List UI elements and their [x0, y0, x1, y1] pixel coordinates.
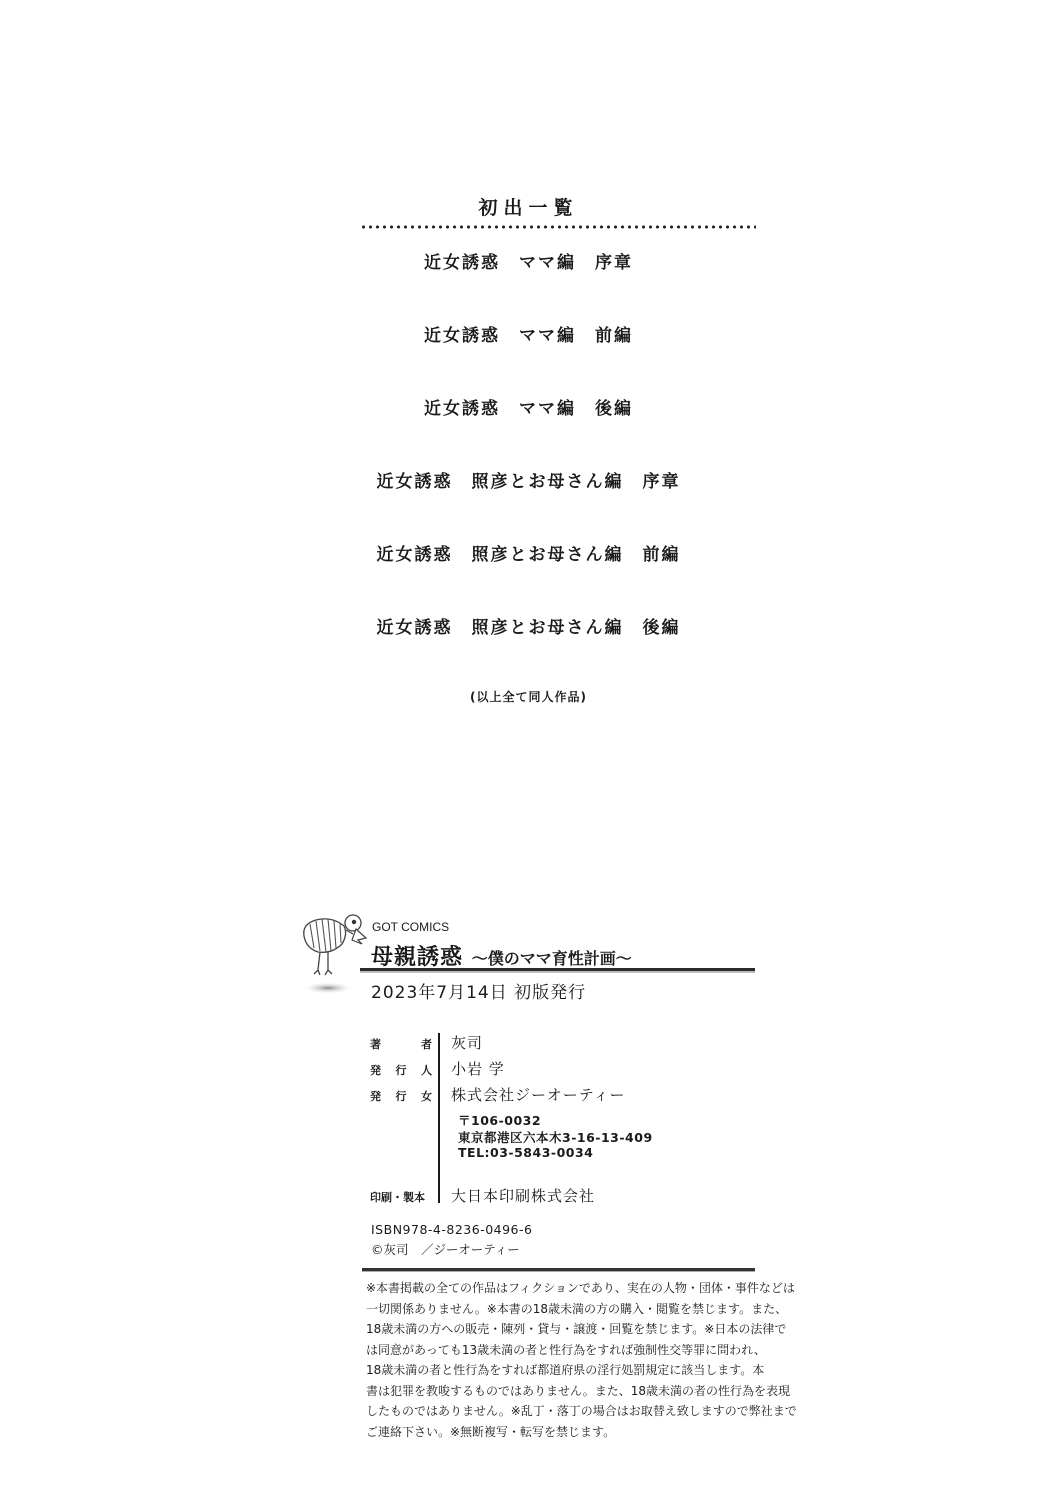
toc-item: 近女誘惑 ママ編 後編 — [0, 394, 1057, 419]
book-subtitle: 〜僕のママ育性計画〜 — [472, 949, 632, 968]
toc-title: 初出一覧 — [0, 193, 1057, 220]
book-title-main: 母親誘惑 — [371, 945, 463, 970]
series-name: GOT COMICS — [372, 920, 449, 934]
disclaimer-line: 18歳未満の方への販売・陳列・貸与・譲渡・回覧を禁じます。※日本の法律で — [366, 1319, 761, 1340]
toc-item: 近女誘惑 照彦とお母さん編 後編 — [0, 613, 1057, 638]
credit-label-publishing-house: 発 行 女 — [370, 1088, 432, 1104]
printer-value: 大日本印刷株式会社 — [451, 1185, 595, 1206]
disclaimer: ※本書掲載の全ての作品はフィクションであり、実在の人物・団体・事件などは 一切関… — [366, 1278, 761, 1442]
disclaimer-line: 18歳未満の者と性行為をすれば都道府県の淫行処罰規定に該当します。本 — [366, 1360, 761, 1381]
dotted-divider — [360, 224, 756, 230]
credits-divider — [438, 1033, 440, 1203]
disclaimer-line: ご連絡下さい。※無断複写・転写を禁じます。 — [366, 1422, 761, 1443]
copyright: ©灰司 ／ジーオーティー — [371, 1240, 520, 1258]
credit-value-publishing-house: 株式会社ジーオーティー — [451, 1084, 626, 1105]
printer-label: 印刷・製本 — [370, 1189, 432, 1205]
toc-item: 近女誘惑 ママ編 序章 — [0, 248, 1057, 273]
publish-date: 2023年7月14日 初版発行 — [371, 978, 586, 1003]
credit-label-author: 著 者 — [370, 1036, 432, 1052]
isbn: ISBN978-4-8236-0496-6 — [371, 1222, 532, 1237]
book-title: 母親誘惑 〜僕のママ育性計画〜 — [371, 940, 632, 971]
toc-item: 近女誘惑 照彦とお母さん編 前編 — [0, 540, 1057, 565]
toc-item: 近女誘惑 照彦とお母さん編 序章 — [0, 467, 1057, 492]
address-postal: 〒106-0032 — [458, 1111, 541, 1129]
disclaimer-line: ※本書掲載の全ての作品はフィクションであり、実在の人物・団体・事件などは — [366, 1278, 761, 1299]
disclaimer-rule — [362, 1268, 755, 1271]
disclaimer-line: 書は犯罪を教唆するものではありません。また、18歳未満の者の性行為を表現 — [366, 1381, 761, 1402]
address-street: 東京都港区六本木3-16-13-409 — [458, 1128, 653, 1146]
disclaimer-line: は同意があっても13歳未満の者と性行為をすれば強制性交等罪に問われ、 — [366, 1340, 761, 1361]
address-tel: TEL:03-5843-0034 — [458, 1145, 593, 1160]
credit-value-author: 灰司 — [451, 1032, 483, 1053]
title-rule — [360, 968, 755, 971]
credit-value-publisher: 小岩 学 — [451, 1058, 505, 1079]
toc-note: (以上全て同人作品) — [0, 688, 1057, 705]
disclaimer-line: 一切関係ありません。※本書の18歳未満の方の購入・閲覧を禁じます。また、 — [366, 1299, 761, 1320]
bird-logo-icon — [298, 910, 370, 995]
credit-label-publisher: 発 行 人 — [370, 1062, 432, 1078]
disclaimer-line: したものではありません。※乱丁・落丁の場合はお取替え致しますので弊社まで — [366, 1401, 761, 1422]
toc-item: 近女誘惑 ママ編 前編 — [0, 321, 1057, 346]
